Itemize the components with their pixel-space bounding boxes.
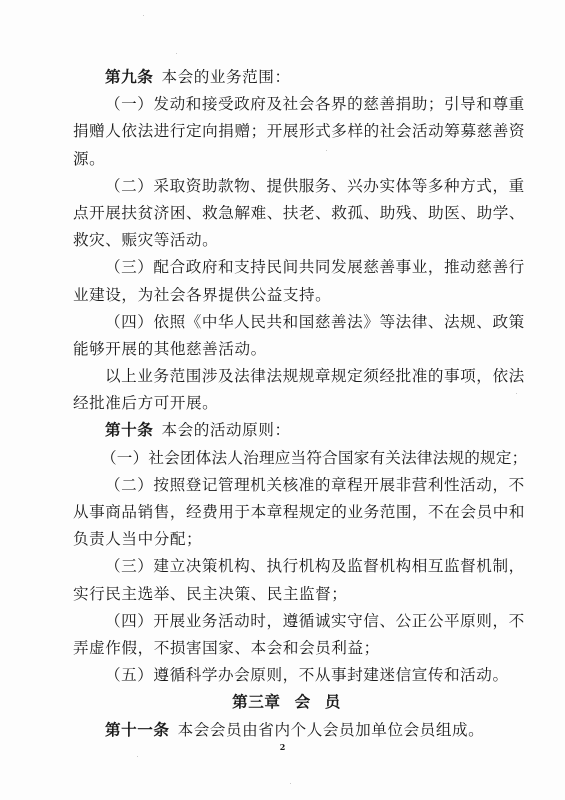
- article-10-item-2-line-3: 负责人当中分配；: [73, 526, 494, 553]
- article-9-item-2-line-1: （二）采取资助款物、提供服务、兴办实体等多种方式，重: [73, 173, 494, 200]
- article-9-heading: 第九条: [105, 68, 153, 86]
- chapter-3-title-a: 会: [295, 693, 311, 711]
- article-10-item-4-line-2: 弄虚作假，不损害国家、本会和会员利益；: [73, 635, 494, 662]
- article-9-item-1-line-3: 源。: [73, 146, 494, 173]
- scan-speck: [516, 393, 517, 394]
- article-9-item-3-line-1: （三）配合政府和支持民间共同发展慈善事业，推动慈善行: [73, 254, 494, 281]
- article-11-heading: 第十一条: [105, 721, 170, 739]
- scan-speck: [176, 53, 177, 54]
- article-9-heading-line: 第九条本会的业务范围：: [73, 64, 494, 91]
- scan-speck: [137, 756, 138, 757]
- article-10-item-1-line-1: （一）社会团体法人治理应当符合国家有关法律法规的规定；: [73, 445, 494, 472]
- document-page: 第九条本会的业务范围： （一）发动和接受政府及社会各界的慈善捐助；引导和尊重 捐…: [0, 0, 565, 800]
- chapter-3-label: 第三章: [232, 693, 280, 711]
- article-9-title: 本会的业务范围：: [161, 68, 290, 86]
- article-10-item-2-line-1: （二）按照登记管理机关核准的章程开展非营利性活动，不: [73, 472, 494, 499]
- article-9-item-3-line-2: 业建设，为社会各界提供公益支持。: [73, 282, 494, 309]
- article-10-item-3-line-2: 实行民主选举、民主决策、民主监督；: [73, 581, 494, 608]
- article-10-item-2-line-2: 从事商品销售，经费用于本章程规定的业务范围，不在会员中和: [73, 499, 494, 526]
- article-9-item-1-line-1: （一）发动和接受政府及社会各界的慈善捐助；引导和尊重: [73, 91, 494, 118]
- article-10-heading-line: 第十条本会的活动原则：: [73, 417, 494, 444]
- article-9-note-line-2: 经批准后方可开展。: [73, 390, 494, 417]
- article-10-item-3-line-1: （三）建立决策机构、执行机构及监督机构相互监督机制，: [73, 553, 494, 580]
- article-9-item-1-line-2: 捐赠人依法进行定向捐赠；开展形式多样的社会活动筹募慈善资: [73, 118, 494, 145]
- article-10-item-5-line-1: （五）遵循科学办会原则，不从事封建迷信宣传和活动。: [73, 662, 494, 689]
- chapter-3-heading: 第三章会员: [73, 689, 494, 716]
- article-10-title: 本会的活动原则：: [161, 421, 290, 439]
- article-11-line: 第十一条本会会员由省内个人会员加单位会员组成。: [73, 717, 494, 744]
- chapter-3-title-b: 员: [325, 693, 341, 711]
- article-9-item-4-line-1: （四）依照《中华人民共和国慈善法》等法律、法规、政策: [73, 309, 494, 336]
- scan-speck: [143, 15, 144, 16]
- scan-speck: [290, 783, 291, 784]
- article-9-note-line-1: 以上业务范围涉及法律法规规章规定须经批准的事项，依法: [73, 363, 494, 390]
- article-10-item-4-line-1: （四）开展业务活动时，遵循诚实守信、公正公平原则，不: [73, 608, 494, 635]
- document-body: 第九条本会的业务范围： （一）发动和接受政府及社会各界的慈善捐助；引导和尊重 捐…: [73, 64, 494, 744]
- article-9-item-4-line-2: 能够开展的其他慈善活动。: [73, 336, 494, 363]
- page-number: 2: [0, 742, 565, 752]
- scan-speck: [326, 150, 327, 151]
- article-9-item-2-line-3: 救灾、赈灾等活动。: [73, 227, 494, 254]
- article-10-heading: 第十条: [105, 421, 153, 439]
- article-11-text: 本会会员由省内个人会员加单位会员组成。: [178, 721, 485, 739]
- article-9-item-2-line-2: 点开展扶贫济困、救急解难、扶老、救孤、助残、助医、助学、: [73, 200, 494, 227]
